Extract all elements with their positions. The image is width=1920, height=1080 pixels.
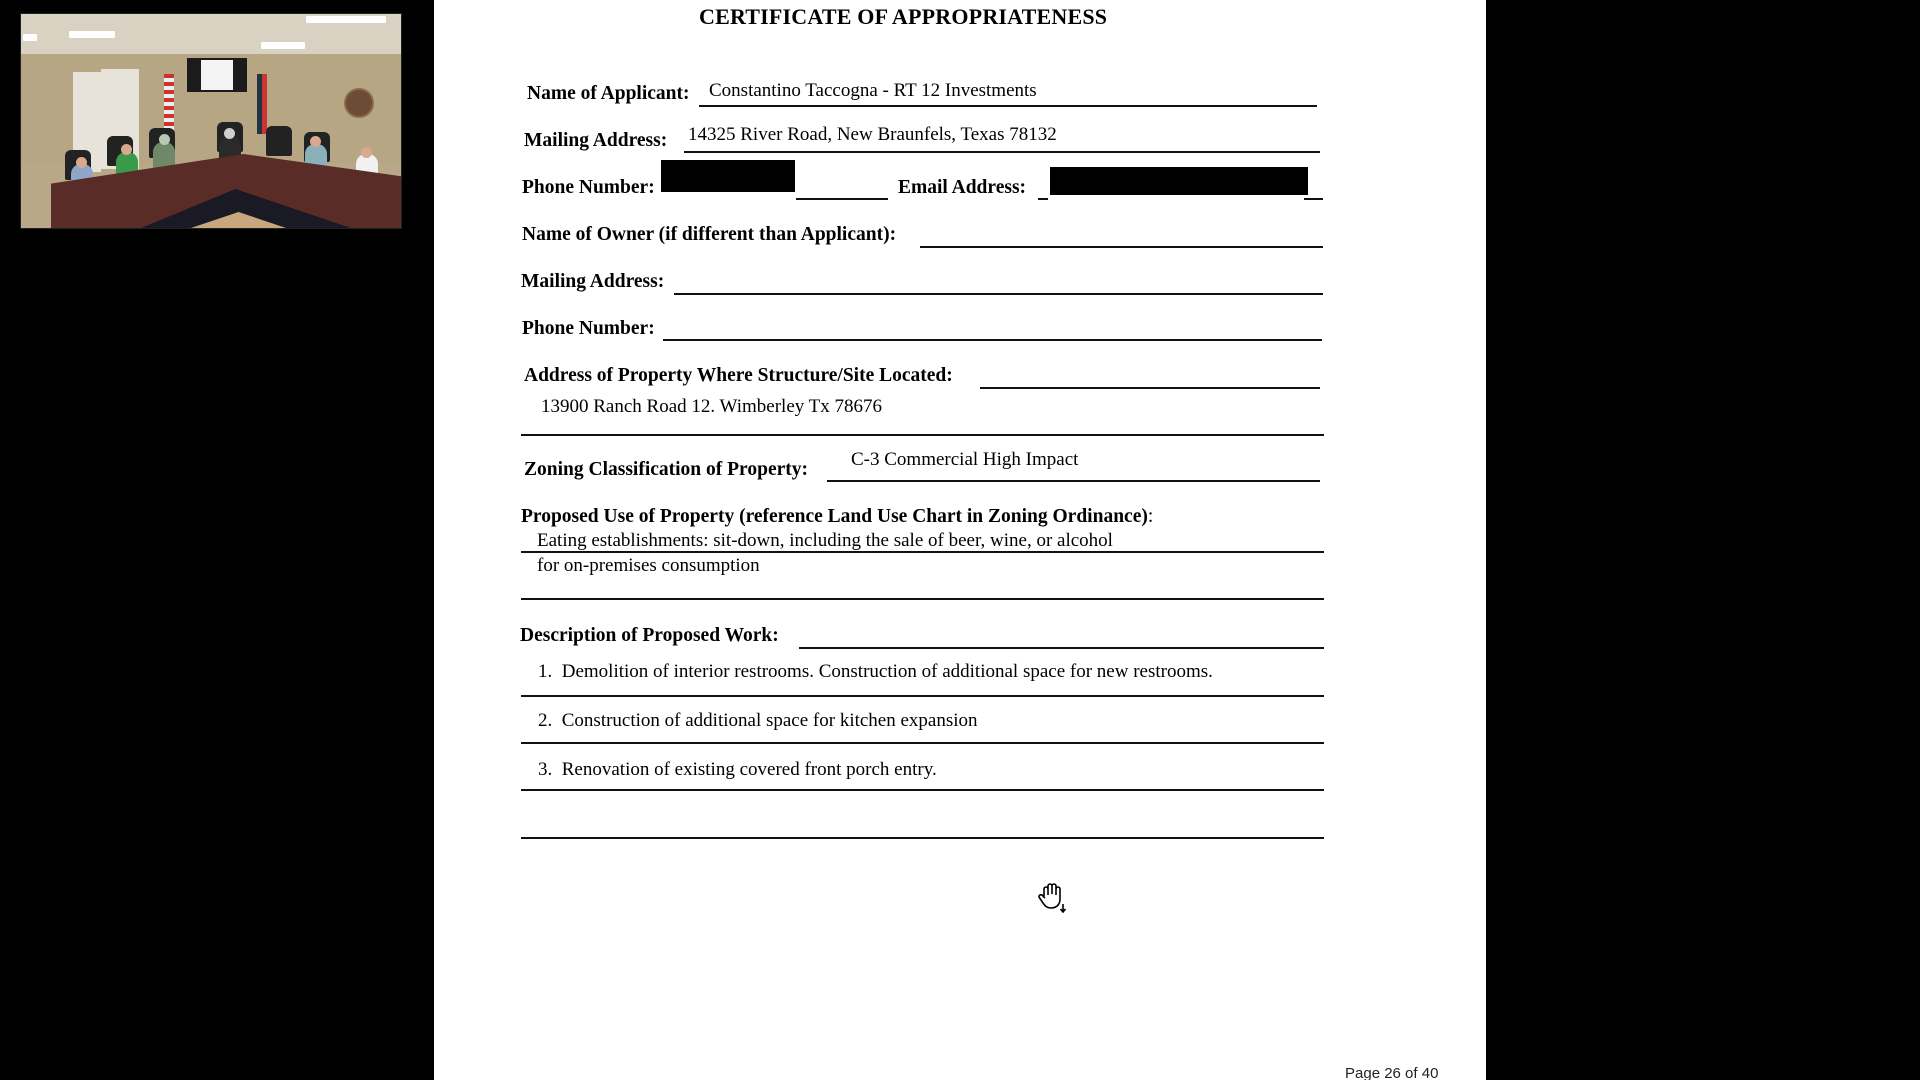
description-underline: [799, 647, 1324, 649]
phone-underline: [796, 198, 888, 200]
property-address-value: 13900 Ranch Road 12. Wimberley Tx 78676: [541, 396, 882, 418]
property-address-line2: [521, 434, 1324, 436]
work-item: 2. Construction of additional space for …: [538, 710, 978, 732]
pdf-page[interactable]: CERTIFICATE OF APPROPRIATENESS Name of A…: [434, 0, 1486, 1080]
video-texas-flag: [257, 74, 267, 134]
proposed-use-underline1: [521, 551, 1324, 553]
work-item-underline: [521, 695, 1324, 697]
blank-underline: [521, 837, 1324, 839]
work-item-underline: [521, 789, 1324, 791]
phone-redaction: [661, 160, 795, 192]
proposed-use-label: Proposed Use of Property (reference Land…: [521, 506, 1153, 528]
applicant-value: Constantino Taccogna - RT 12 Investments: [709, 80, 1037, 102]
hand-scroll-cursor-icon: [1036, 880, 1070, 914]
owner-phone-underline: [663, 339, 1322, 341]
mailing-address-underline: [684, 151, 1320, 153]
video-tv: [187, 58, 247, 92]
video-city-seal: [344, 88, 374, 118]
email-redaction: [1050, 167, 1308, 195]
work-item: 3. Renovation of existing covered front …: [538, 759, 937, 781]
proposed-use-line2: for on-premises consumption: [537, 555, 760, 577]
video-chair: [266, 126, 292, 156]
proposed-use-line1: Eating establishments: sit-down, includi…: [537, 530, 1113, 552]
zoning-value: C-3 Commercial High Impact: [851, 449, 1078, 471]
video-ceiling-light: [69, 31, 115, 38]
work-item: 1. Demolition of interior restrooms. Con…: [538, 661, 1213, 683]
email-underline-left: [1038, 198, 1048, 200]
description-label: Description of Proposed Work:: [520, 625, 779, 647]
applicant-underline: [699, 105, 1317, 107]
video-ceiling-light: [261, 42, 305, 49]
email-label: Email Address:: [898, 177, 1026, 199]
work-item-underline: [521, 742, 1324, 744]
mailing-address-value: 14325 River Road, New Braunfels, Texas 7…: [688, 124, 1057, 146]
owner-underline: [920, 246, 1323, 248]
video-us-flag: [164, 74, 174, 134]
video-ceiling-light: [306, 16, 386, 23]
owner-mailing-underline: [674, 293, 1323, 295]
applicant-label: Name of Applicant:: [527, 83, 690, 105]
page-indicator: Page 26 of 40: [1345, 1065, 1438, 1080]
zoning-label: Zoning Classification of Property:: [524, 459, 808, 481]
video-ceiling-light: [23, 34, 37, 41]
meeting-video-feed[interactable]: [20, 13, 402, 229]
owner-mailing-label: Mailing Address:: [521, 271, 664, 293]
phone-label: Phone Number:: [522, 177, 655, 199]
owner-phone-label: Phone Number:: [522, 318, 655, 340]
mailing-address-label: Mailing Address:: [524, 130, 667, 152]
email-underline-right: [1304, 198, 1323, 200]
property-address-underline: [980, 387, 1320, 389]
property-address-label: Address of Property Where Structure/Site…: [524, 365, 953, 387]
proposed-use-underline2: [521, 598, 1324, 600]
owner-label: Name of Owner (if different than Applica…: [522, 224, 896, 246]
document-title: CERTIFICATE OF APPROPRIATENESS: [699, 4, 1107, 30]
zoning-underline: [827, 480, 1320, 482]
